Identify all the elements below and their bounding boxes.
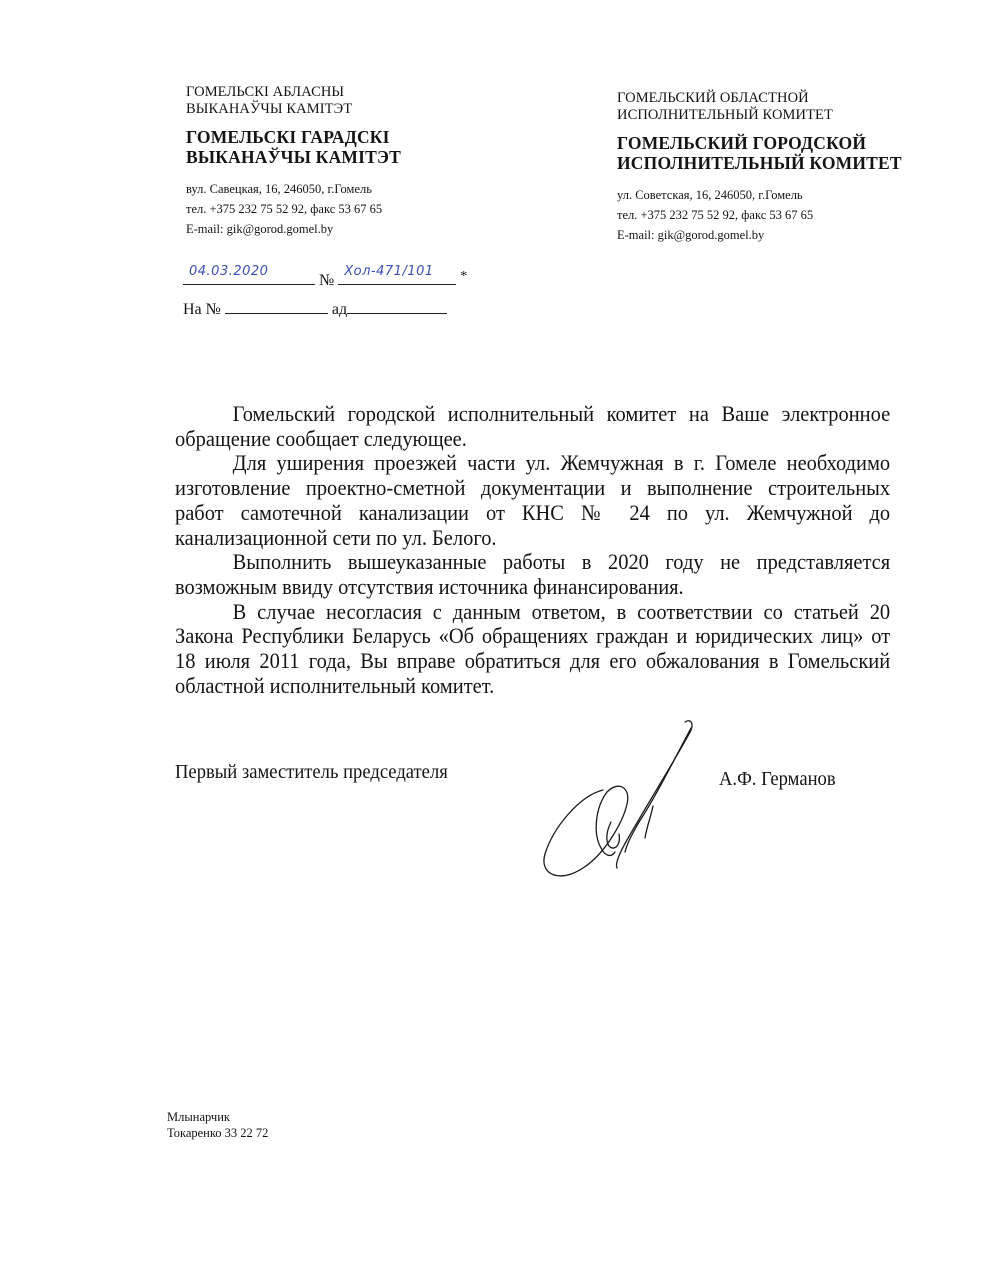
body-paragraph: Гомельский городской исполнительный коми… <box>175 402 890 451</box>
incoming-reference: На № ад <box>183 295 447 321</box>
handwritten-number: Хол-471/101 <box>344 261 433 283</box>
address-by: вул. Савецкая, 16, 246050, г.Гомель <box>186 179 446 199</box>
outgoing-registration: 04.03.2020 № Хол-471/101 * <box>183 266 467 292</box>
letter-body: Гомельский городской исполнительный коми… <box>175 402 890 698</box>
regional-committee-by-line2: ВЫКАНАЎЧЫ КАМІТЭТ <box>186 101 446 118</box>
body-paragraph: В случае несогласия с данным ответом, в … <box>175 600 890 699</box>
regional-committee-ru-line2: ИСПОЛНИТЕЛЬНЫЙ КОМИТЕТ <box>617 107 917 124</box>
handwritten-date: 04.03.2020 <box>189 261 268 283</box>
body-paragraph: Для уширения проезжей части ул. Жемчужна… <box>175 451 890 550</box>
phone-by: тел. +375 232 75 52 92, факс 53 67 65 <box>186 199 446 219</box>
letterhead-left: ГОМЕЛЬСКІ АБЛАСНЫ ВЫКАНАЎЧЫ КАМІТЭТ ГОМЕ… <box>186 84 446 239</box>
number-field: Хол-471/101 <box>338 266 456 285</box>
letterhead-right: ГОМЕЛЬСКИЙ ОБЛАСТНОЙ ИСПОЛНИТЕЛЬНЫЙ КОМИ… <box>617 90 917 245</box>
phone-ru: тел. +375 232 75 52 92, факс 53 67 65 <box>617 205 917 225</box>
handwritten-signature-icon <box>535 718 715 888</box>
reply-to-label: На № <box>183 301 221 318</box>
asterisk-mark: * <box>460 269 467 284</box>
number-label: № <box>319 272 334 289</box>
email-by: E-mail: gik@gorod.gomel.by <box>186 219 446 239</box>
signatory-position: Первый заместитель председателя <box>175 760 448 784</box>
address-ru: ул. Советская, 16, 246050, г.Гомель <box>617 185 917 205</box>
reply-date-field <box>347 295 447 314</box>
org-name-ru-line1: ГОМЕЛЬСКИЙ ГОРОДСКОЙ <box>617 133 917 153</box>
executor-contact: Токаренко 33 22 72 <box>167 1125 268 1141</box>
org-name-ru-line2: ИСПОЛНИТЕЛЬНЫЙ КОМИТЕТ <box>617 153 917 173</box>
reply-number-field <box>225 295 328 314</box>
org-name-by-line1: ГОМЕЛЬСКІ ГАРАДСКІ <box>186 127 446 147</box>
regional-committee-ru-line1: ГОМЕЛЬСКИЙ ОБЛАСТНОЙ <box>617 90 917 107</box>
from-label: ад <box>332 301 347 318</box>
date-field: 04.03.2020 <box>183 266 315 285</box>
signatory-name: А.Ф. Германов <box>719 767 836 791</box>
executor-name: Млынарчик <box>167 1109 268 1125</box>
email-ru: E-mail: gik@gorod.gomel.by <box>617 225 917 245</box>
executors: Млынарчик Токаренко 33 22 72 <box>167 1109 268 1141</box>
org-name-by-line2: ВЫКАНАЎЧЫ КАМІТЭТ <box>186 147 446 167</box>
body-paragraph: Выполнить вышеуказанные работы в 2020 го… <box>175 550 890 599</box>
regional-committee-by-line1: ГОМЕЛЬСКІ АБЛАСНЫ <box>186 84 446 101</box>
